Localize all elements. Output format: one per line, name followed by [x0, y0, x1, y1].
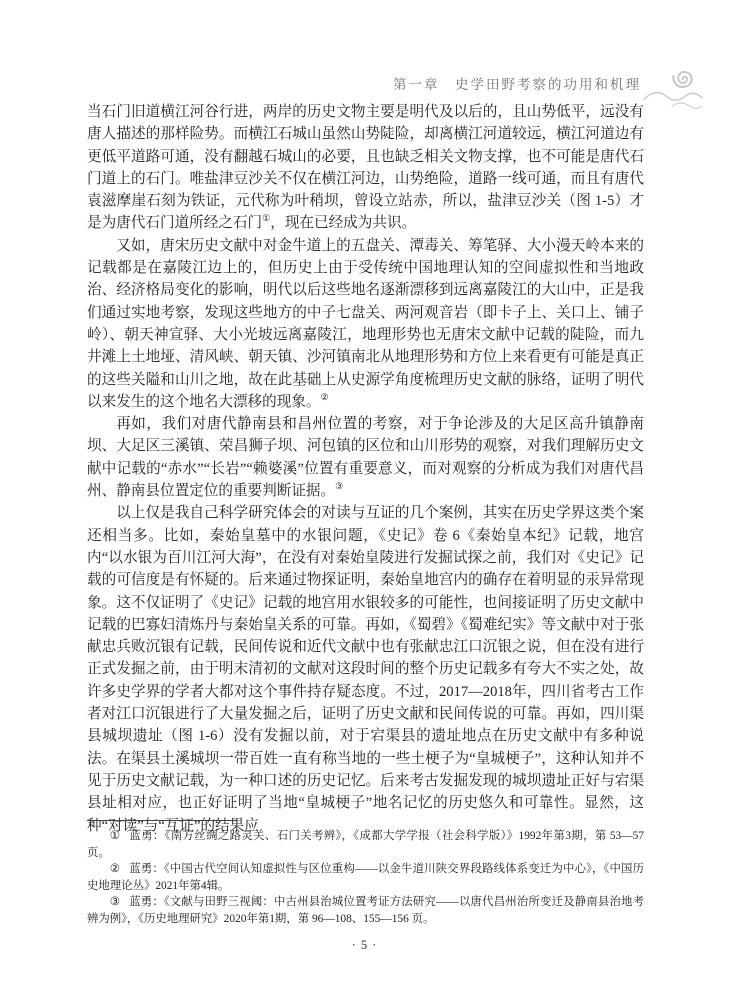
footnote-ref: ③: [335, 481, 343, 491]
paragraph-text: 又如，唐宋历史文献中对金牛道上的五盘关、潭毒关、筹笔驿、大小漫天岭本来的记载都是…: [87, 238, 644, 410]
footnote-marker: ②: [110, 863, 120, 875]
wave-spiral-ornament-icon: [643, 64, 703, 110]
paragraph-1: 当石门旧道横江河谷行进，两岸的历史文物主要是明代及以后的，且山势低平，远没有唐人…: [87, 101, 644, 235]
footnote-item-1: ①蓝勇：《南方丝绸之路灵关、石门关考辨》，《成都大学学报（社会科学版）》1992…: [87, 828, 644, 861]
footnote-text: 蓝勇：《中国古代空间认知虚拟性与区位重构——以金牛道川陕交界段路线体系变迁为中心…: [87, 863, 644, 892]
footnote-ref: ①: [262, 214, 270, 224]
footnote-separator: [87, 820, 237, 821]
paragraph-text: 以上仅是我自己科学研究体会的对读与互证的几个案例，其实在历史学界这类个案还相当多…: [87, 505, 644, 833]
paragraph-3: 再如，我们对唐代静南县和昌州位置的考察，对于争论涉及的大足区高升镇静南坝、大足区…: [87, 413, 644, 502]
footnote-text: 蓝勇：《南方丝绸之路灵关、石门关考辨》，《成都大学学报（社会科学版）》1992年…: [87, 830, 644, 859]
footnote-list: ①蓝勇：《南方丝绸之路灵关、石门关考辨》，《成都大学学报（社会科学版）》1992…: [87, 828, 644, 928]
paragraph-text: ，现在已经成为共识。: [270, 215, 416, 231]
book-page: 第一章 史学田野考察的功用和机理 当石门旧道横江河谷行进，两岸的历史文物主要是明…: [0, 0, 729, 1005]
page-number: · 5 ·: [0, 938, 729, 953]
paragraph-text: 当石门旧道横江河谷行进，两岸的历史文物主要是明代及以后的，且山势低平，远没有唐人…: [87, 104, 644, 231]
footnote-marker: ③: [110, 896, 120, 908]
paragraph-4: 以上仅是我自己科学研究体会的对读与互证的几个案例，其实在历史学界这类个案还相当多…: [87, 502, 644, 836]
paragraph-2: 又如，唐宋历史文献中对金牛道上的五盘关、潭毒关、筹笔驿、大小漫天岭本来的记载都是…: [87, 235, 644, 413]
chapter-header-title: 第一章 史学田野考察的功用和机理: [393, 73, 641, 93]
footnote-text: 蓝勇：《文献与田野三视阈：中古州县治城位置考证方法研究——以唐代昌州治所变迁及静…: [87, 896, 644, 925]
footnote-ref: ②: [321, 392, 329, 402]
body-text: 当石门旧道横江河谷行进，两岸的历史文物主要是明代及以后的，且山势低平，远没有唐人…: [87, 101, 644, 837]
footnotes-section: ①蓝勇：《南方丝绸之路灵关、石门关考辨》，《成都大学学报（社会科学版）》1992…: [87, 820, 644, 928]
footnote-marker: ①: [110, 830, 121, 842]
footnote-item-2: ②蓝勇：《中国古代空间认知虚拟性与区位重构——以金牛道川陕交界段路线体系变迁为中…: [87, 861, 644, 894]
footnote-item-3: ③蓝勇：《文献与田野三视阈：中古州县治城位置考证方法研究——以唐代昌州治所变迁及…: [87, 894, 644, 927]
paragraph-text: 再如，我们对唐代静南县和昌州位置的考察，对于争论涉及的大足区高升镇静南坝、大足区…: [87, 416, 644, 499]
